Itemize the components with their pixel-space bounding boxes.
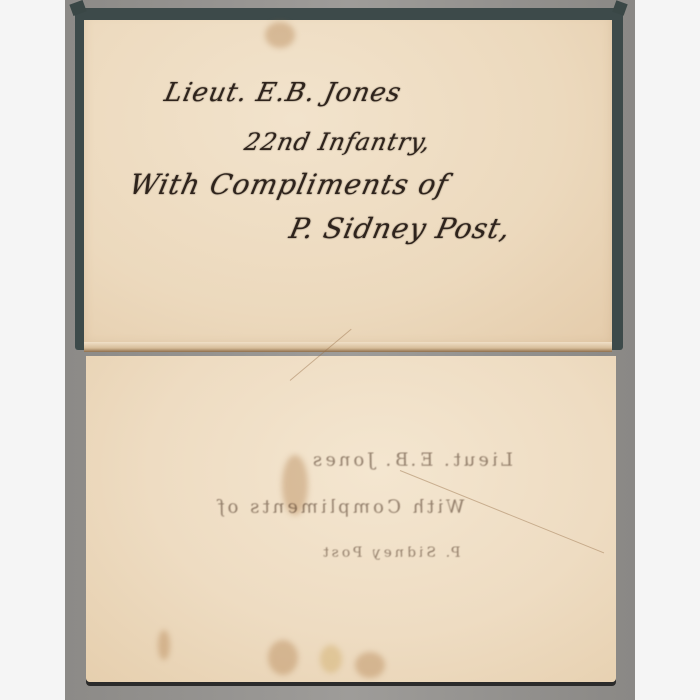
- foxing-stain: [268, 640, 298, 675]
- inscription-regiment: 22nd Infantry,: [242, 128, 434, 156]
- ink-offset-transfer: P. Sidney Post: [319, 545, 462, 561]
- foxing-stain: [320, 645, 342, 673]
- foxing-stain: [158, 630, 170, 660]
- inscription-recipient: Lieut. E.B. Jones: [162, 78, 405, 108]
- foxing-stain: [355, 652, 385, 678]
- inscription-signature: P. Sidney Post,: [286, 212, 513, 245]
- foxing-stain: [265, 22, 295, 48]
- inscription-compliments: With Compliments of: [126, 168, 451, 201]
- ink-offset-transfer: Lieut. E.B. Jones: [308, 450, 514, 471]
- ink-offset-transfer: With Compliments of: [213, 497, 466, 518]
- page-fold: [84, 342, 612, 352]
